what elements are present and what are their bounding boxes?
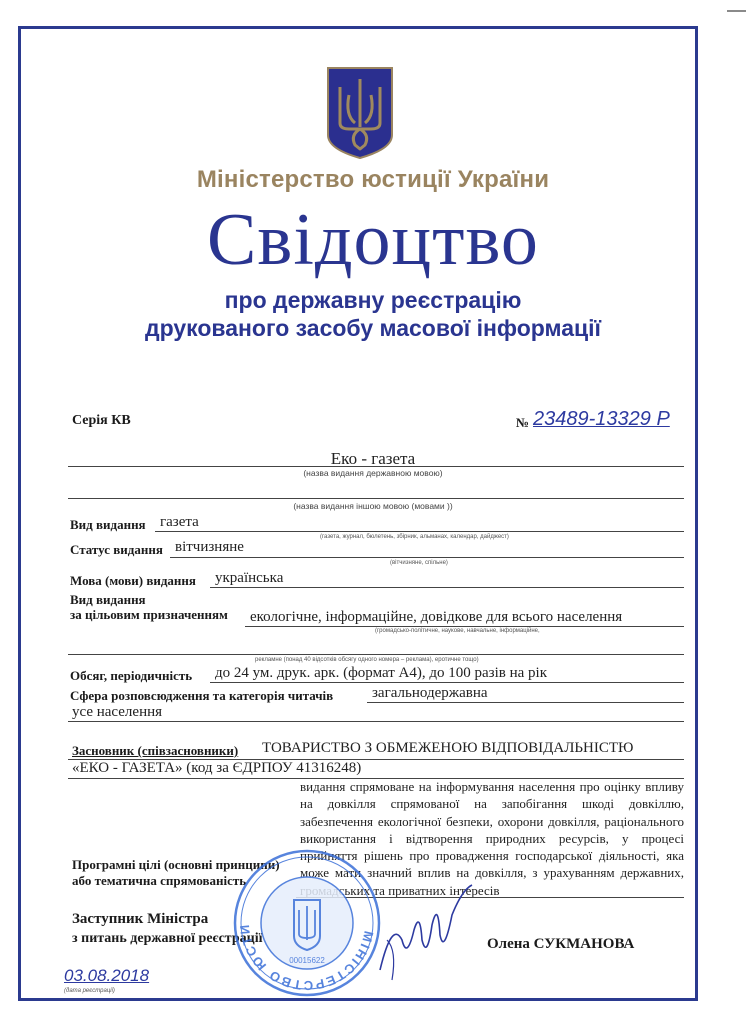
founder-label: Засновник (співзасновники) xyxy=(72,743,238,759)
founder-value-line1: ТОВАРИСТВО З ОБМЕЖЕНОЮ ВІДПОВІДАЛЬНІСТЮ xyxy=(262,740,633,757)
divider xyxy=(210,682,684,683)
purpose-type-label-line2: за цільовим призначенням xyxy=(70,607,228,623)
program-label-line2: або тематична спрямованість xyxy=(72,873,246,889)
certificate-number: 23489-13329 Р xyxy=(533,408,670,431)
status-caption: (вітчизняне, спільне) xyxy=(390,560,448,566)
publication-name-caption: (назва видання державною мовою) xyxy=(0,468,746,478)
readers-value: усе населення xyxy=(72,704,162,721)
purpose-type-value: екологічне, інформаційне, довідкове для … xyxy=(250,609,622,626)
ministry-name: Міністерство юстиції України xyxy=(0,166,746,194)
type-value: газета xyxy=(160,514,199,531)
handwritten-signature-icon xyxy=(372,880,482,990)
document-subtitle-line2: друкованого засобу масової інформації xyxy=(0,315,746,342)
status-label: Статус видання xyxy=(70,542,163,558)
svg-text:00015622: 00015622 xyxy=(289,956,325,965)
divider xyxy=(367,702,684,703)
divider xyxy=(68,498,684,499)
scan-corner-mark xyxy=(727,10,746,12)
divider xyxy=(68,654,684,655)
language-label: Мова (мови) видання xyxy=(70,573,196,589)
distribution-label: Сфера розповсюдження та категорія читачі… xyxy=(70,688,333,704)
document-title: Свідоцтво xyxy=(0,200,746,280)
other-language-caption: (назва видання іншою мовою (мовами )) xyxy=(0,501,746,511)
registration-date: 03.08.2018 xyxy=(64,966,149,986)
language-value: українська xyxy=(215,570,283,587)
series-label: Серія КВ xyxy=(72,413,131,429)
founder-value-line2: «ЕКО - ГАЗЕТА» (код за ЄДРПОУ 41316248) xyxy=(72,760,361,777)
purpose-type-caption-2: рекламне (понад 40 відсотків обсягу одно… xyxy=(255,657,479,663)
tryzub-coat-of-arms-icon xyxy=(325,65,395,161)
signatory-name: Олена СУКМАНОВА xyxy=(487,936,634,953)
divider xyxy=(245,626,684,627)
divider xyxy=(155,531,684,532)
purpose-type-caption: (громадсько-політичне, наукове, навчальн… xyxy=(375,628,540,634)
purpose-type-label-line1: Вид видання xyxy=(70,592,146,608)
distribution-value: загальнодержавна xyxy=(372,685,488,702)
divider xyxy=(68,721,684,722)
type-label: Вид видання xyxy=(70,517,146,533)
volume-value: до 24 ум. друк. арк. (формат А4), до 100… xyxy=(215,665,547,682)
number-prefix: № xyxy=(516,415,529,431)
divider xyxy=(210,587,684,588)
divider xyxy=(170,557,684,558)
official-stamp-icon: МІНІСТЕРСТВО ЮСТИЦІЇ УКРАЇНИ 00015622 xyxy=(232,848,382,998)
status-value: вітчизняне xyxy=(175,539,244,556)
volume-label: Обсяг, періодичність xyxy=(70,668,192,684)
document-subtitle-line1: про державну реєстрацію xyxy=(0,287,746,314)
signatory-position-line1: Заступник Міністра xyxy=(72,911,208,928)
divider xyxy=(68,466,684,467)
registration-date-caption: (дата реєстрації) xyxy=(64,988,115,994)
type-caption: (газета, журнал, бюлетень, збірник, альм… xyxy=(320,534,509,540)
